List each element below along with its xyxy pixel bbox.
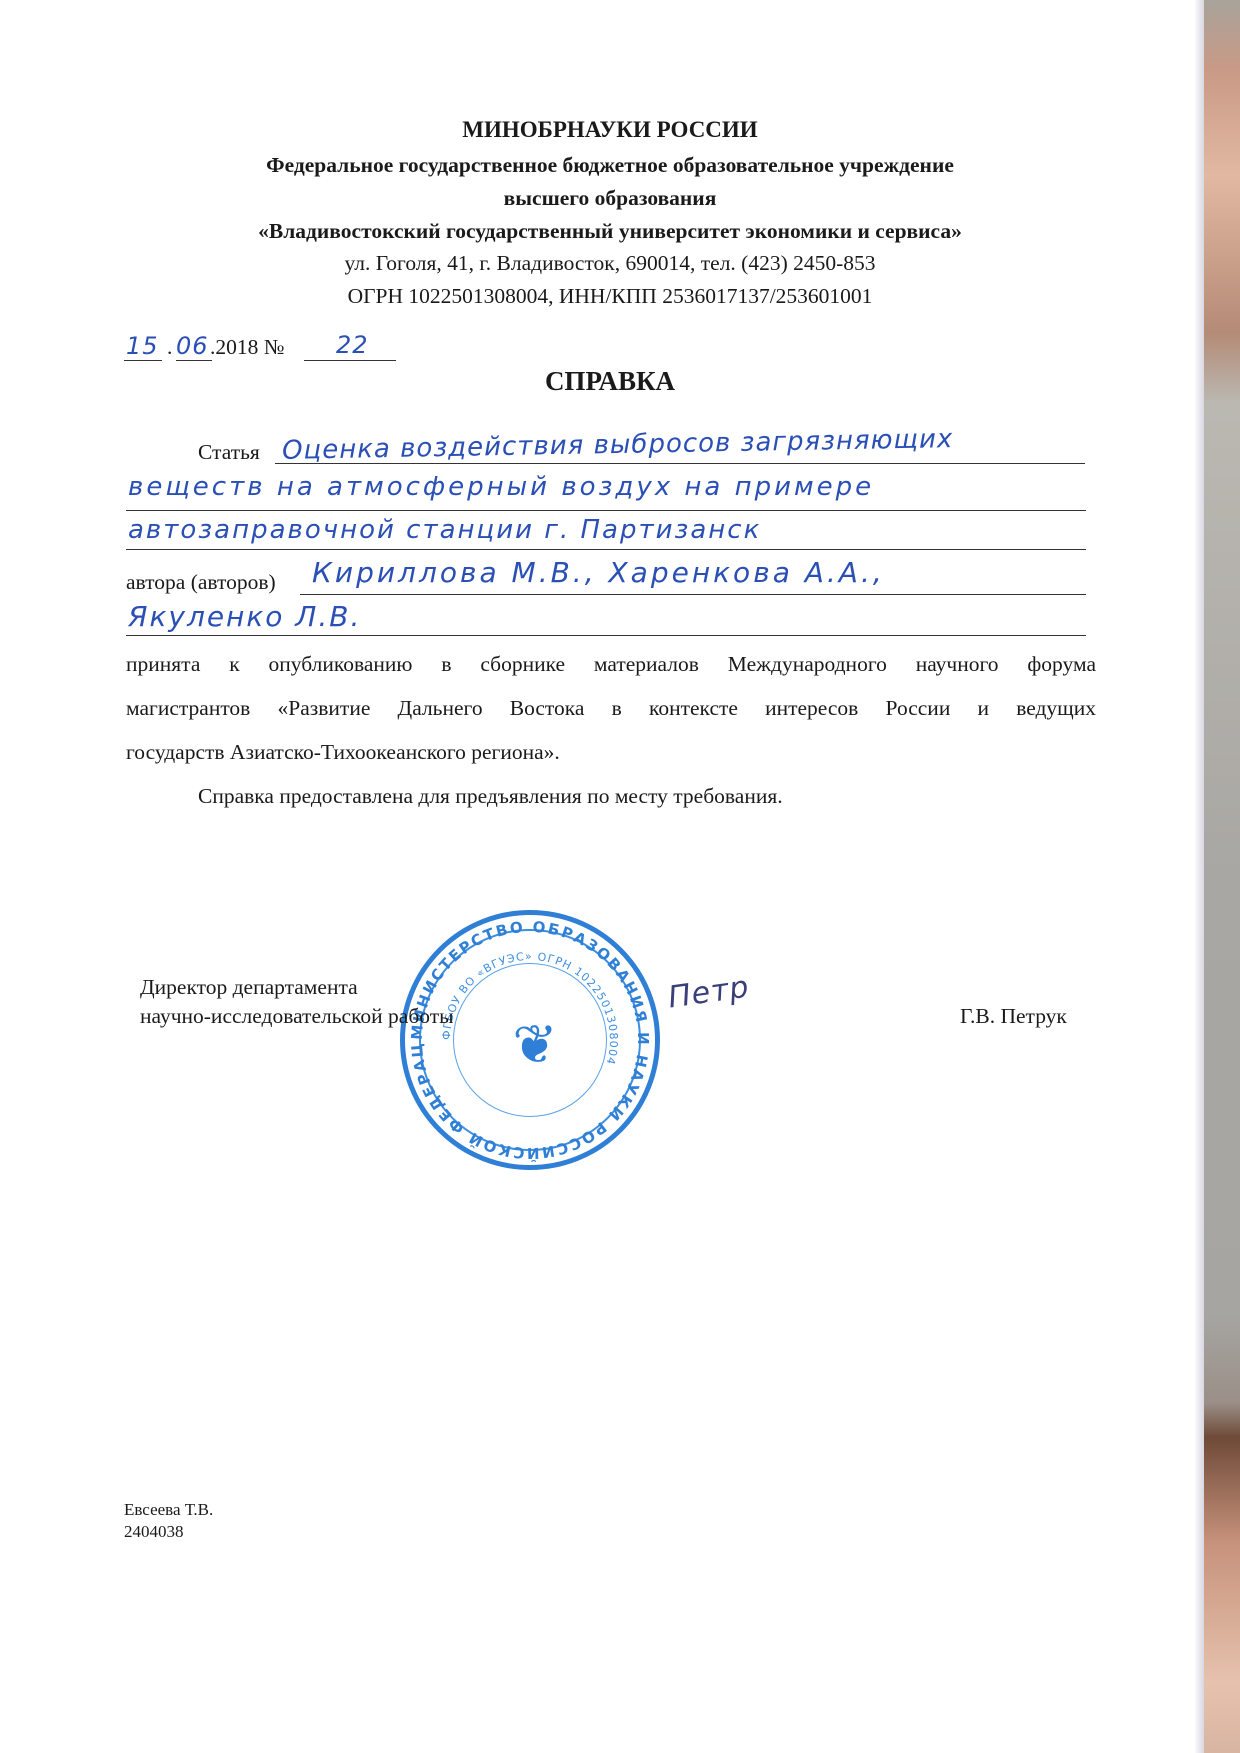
body-note: Справка предоставлена для предъявления п… bbox=[198, 784, 783, 809]
signatory-name: Г.В. Петрук bbox=[960, 1004, 1067, 1029]
body-line-3: государств Азиатско-Тихоокеанского регио… bbox=[126, 740, 560, 765]
official-stamp: МИНИСТЕРСТВО ОБРАЗОВАНИЯ И НАУКИ РОССИЙС… bbox=[400, 910, 660, 1170]
doc-number: 22 bbox=[336, 331, 369, 359]
article-line-3 bbox=[126, 549, 1086, 550]
handwritten-signature: Петр bbox=[666, 969, 752, 1015]
org-registration: ОГРН 1022501308004, ИНН/КПП 2536017137/2… bbox=[0, 284, 1220, 309]
authors-line-1 bbox=[300, 594, 1086, 595]
ministry-title: МИНОБРНАУКИ РОССИИ bbox=[0, 117, 1220, 143]
org-name: «Владивостокский государственный универс… bbox=[0, 219, 1220, 244]
authors-line-2 bbox=[126, 635, 1086, 636]
authors-names-line-1: Кириллова М.В., Харенкова А.А., bbox=[312, 556, 885, 589]
authors-names-line-2: Якуленко Л.В. bbox=[128, 600, 361, 633]
article-title-line-1: Оценка воздействия выбросов загрязняющих bbox=[282, 424, 954, 466]
body-line-1: принята к опубликованию в сборнике матер… bbox=[126, 652, 1096, 677]
article-title-line-3: автозаправочной станции г. Партизанск bbox=[128, 515, 761, 545]
executor-name: Евсеева Т.В. bbox=[124, 1500, 213, 1520]
signatory-position-2: научно-исследовательской работы bbox=[140, 1004, 454, 1029]
authors-label: автора (авторов) bbox=[126, 570, 276, 595]
executor-phone: 2404038 bbox=[124, 1522, 184, 1542]
doc-title: СПРАВКА bbox=[0, 366, 1220, 397]
date-separator: . bbox=[167, 335, 172, 360]
date-day: 15 bbox=[126, 332, 159, 360]
article-label: Статья bbox=[198, 440, 260, 465]
org-address: ул. Гоголя, 41, г. Владивосток, 690014, … bbox=[0, 251, 1220, 276]
signatory-position-1: Директор департамента bbox=[140, 975, 358, 1000]
number-underline bbox=[304, 360, 396, 361]
org-line-1: Федеральное государственное бюджетное об… bbox=[0, 153, 1220, 178]
day-underline bbox=[124, 360, 162, 361]
coat-of-arms-icon: ❦ bbox=[500, 1005, 570, 1085]
article-title-line-2: веществ на атмосферный воздух на примере bbox=[128, 472, 874, 502]
date-year-label: .2018 № bbox=[210, 335, 284, 360]
article-line-2 bbox=[126, 510, 1086, 511]
month-underline bbox=[176, 360, 212, 361]
org-line-2: высшего образования bbox=[0, 186, 1220, 211]
date-month: 06 bbox=[176, 332, 209, 360]
body-line-2: магистрантов «Развитие Дальнего Востока … bbox=[126, 696, 1096, 721]
